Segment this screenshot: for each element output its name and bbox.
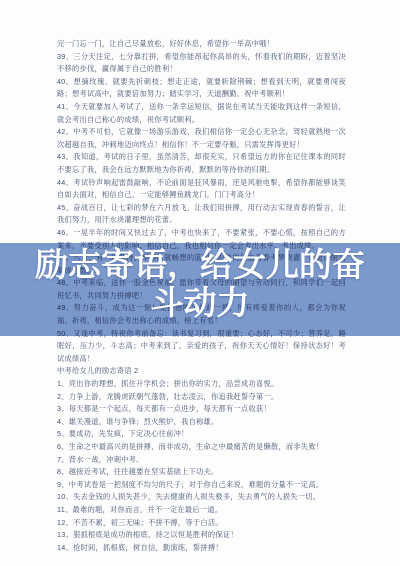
text-line: 40、想摘玫瑰，就要先折刺枝；想走正途，就要斩除荆棘；想看到天明，就要勇闯夜路；… bbox=[57, 76, 346, 101]
document-page: 完一门忘一门，让自己尽量放松，好好休息，希望你一举高中哦！39、三分天注定，七分… bbox=[0, 0, 400, 566]
text-line: 完一门忘一门，让自己尽量放松，好好休息，希望你一举高中哦！ bbox=[57, 38, 346, 51]
text-line: 2、力争上游，龙腾虎跃朝气蓬勃，壮志凌云，你追我赶誓夺第一。 bbox=[57, 391, 346, 404]
text-line: 43、我知道，考试的日子里，虽然清苦，却很充实，只希望远方的你在记住课本的同时不… bbox=[57, 151, 346, 176]
text-line: 44、考试铃声响起雷鼓敲响，不论前面是狂风暴雨，还是风驰电掣，希望你都能够谈笑自… bbox=[57, 177, 346, 202]
text-line: 5、要成功，先发疯，下定决心往前冲！ bbox=[57, 428, 346, 441]
text-line: 11、最难的题，对你而言，并不一定在最后一道。 bbox=[57, 504, 346, 517]
post-banner-text-block: 1、亮出你的理想，抓住升学机会；拼出你的实力，品尝成功喜悦。2、力争上游，龙腾虎… bbox=[57, 378, 346, 554]
text-line: 14、抢时间，抓根底，树自信，勤演练，誓拼搏！ bbox=[57, 542, 346, 555]
text-line: 7、背水一战，冲刺中考。 bbox=[57, 454, 346, 467]
text-line: 13、狠抓根底是成功的根底，持之以恒是胜利的保证！ bbox=[57, 529, 346, 542]
text-line: 39、三分天注定，七分靠打拼，希望你能昂起你高昂的头，怀着我们的期盼，迈着坚决不… bbox=[57, 51, 346, 76]
section-heading: 中考给女儿的励志寄语 2 bbox=[57, 365, 346, 378]
text-line: 3、每天都是一个起点，每天都有一点进步，每天都有一点收获！ bbox=[57, 403, 346, 416]
text-line: 12、不苦不累，初三无味；不拼不搏，等于白活。 bbox=[57, 517, 346, 530]
text-line: 41、今天就要加入考试了，送你一条幸运短信，据说在考试当天能收到这样一条短信，就… bbox=[57, 101, 346, 126]
text-line: 10、失去金钱的人损失甚少，失去健康的人损失极多，失去勇气的人损失一切。 bbox=[57, 491, 346, 504]
text-line: 1、亮出你的理想，抓住升学机会；拼出你的实力，品尝成功喜悦。 bbox=[57, 378, 346, 391]
text-line: 6、生命之中最高兴的是拼搏，而非成功，生命之中最痛苦的是懒散，而非失败！ bbox=[57, 441, 346, 454]
page-title: 励志寄语，给女儿的奋斗动力 bbox=[30, 246, 370, 322]
text-line: 8、越接近考试，往往越要在坚实基础上下功夫。 bbox=[57, 466, 346, 479]
text-line: 4、雄关漫道，谁与争锋；烈火熊炉，我自称雄。 bbox=[57, 416, 346, 429]
text-line: 9、中考试卷是一把刻度不均匀的尺子；对于你自己来说，难题的分量不一定高。 bbox=[57, 479, 346, 492]
text-line: 45、奋战百日，让七彩的梦在六月放飞，让我们用拼搏，用行动去实现青春的誓言，让我… bbox=[57, 202, 346, 227]
text-line: 42、中考不可怕，它就像一场游乐游戏，我们相信你一定会心无杂念，驾轻就熟地一次次… bbox=[57, 126, 346, 151]
